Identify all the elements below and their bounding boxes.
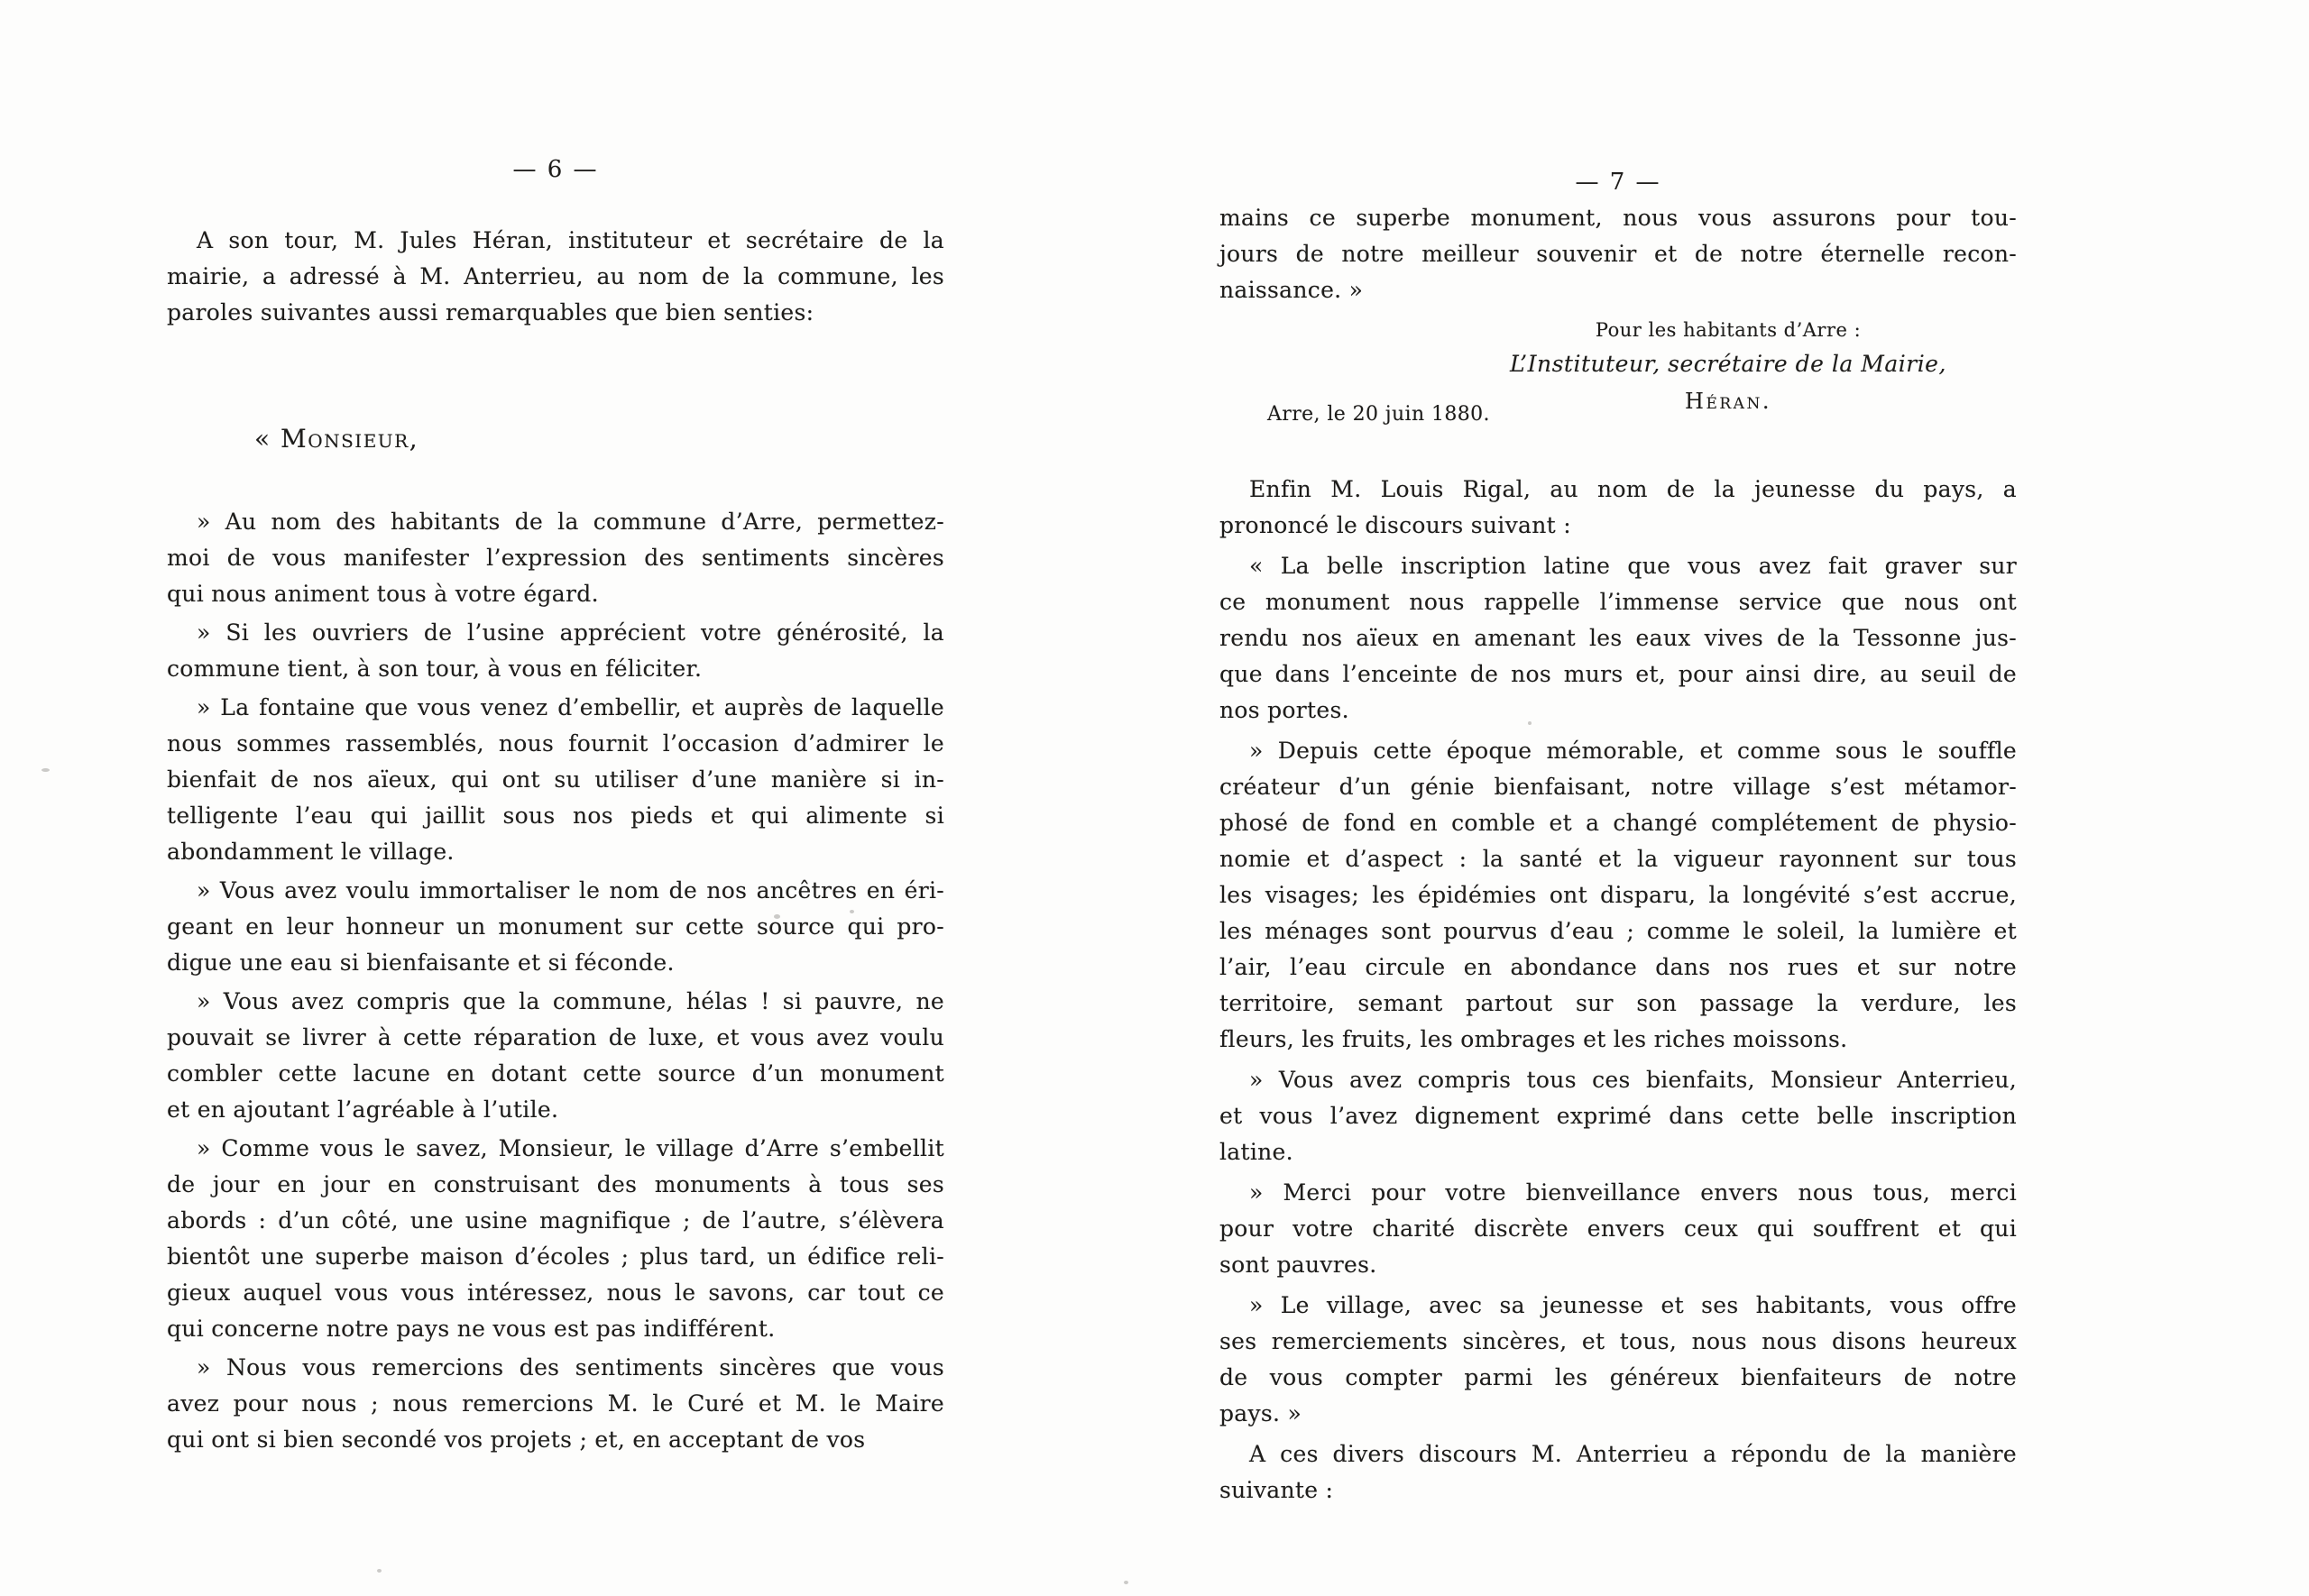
page-number: — 7 —: [1219, 164, 2017, 200]
dateline: Arre, le 20 juin 1880.: [1267, 397, 1490, 433]
scan-speck: [1124, 1581, 1128, 1584]
paragraph: » Vous avez compris que la commune, héla…: [167, 984, 944, 1128]
scan-speck: [377, 1569, 382, 1573]
book-spread: — 6 — A son tour, M. Jules Héran, instit…: [0, 0, 2309, 1596]
paragraph: Enfin M. Louis Rigal, au nom de la jeune…: [1219, 472, 2017, 544]
scan-speck: [41, 768, 50, 772]
signature-block: Pour les habitants d’Arre : L’Instituteu…: [1476, 316, 1981, 419]
signature-title: L’Instituteur, secrétaire de la Mairie,: [1476, 345, 1981, 383]
paragraph: » Vous avez voulu immortaliser le nom de…: [167, 873, 944, 981]
paragraph: » Merci pour votre bienveillance envers …: [1219, 1175, 2017, 1283]
paragraph: A son tour, M. Jules Héran, instituteur …: [167, 223, 944, 331]
page-7: — 7 — mains ce superbe monument, nous vo…: [1219, 164, 2017, 1513]
paragraph: » Comme vous le savez, Monsieur, le vill…: [167, 1131, 944, 1347]
paragraph: A ces divers discours M. Anterrieu a rép…: [1219, 1436, 2017, 1509]
scan-speck: [774, 914, 780, 919]
paragraph: » La fontaine que vous venez d’embellir,…: [167, 690, 944, 870]
scan-speck: [850, 910, 854, 913]
signature-attribution: Pour les habitants d’Arre :: [1476, 316, 1981, 345]
paragraph: mains ce superbe monument, nous vous ass…: [1219, 200, 2017, 308]
signature-name: Héran.: [1476, 383, 1981, 419]
paragraph: » Au nom des habitants de la commune d’A…: [167, 504, 944, 612]
scan-speck: [1528, 721, 1532, 725]
page-number: — 6 —: [167, 151, 944, 188]
paragraph: » Depuis cette époque mémorable, et comm…: [1219, 733, 2017, 1058]
page-6: — 6 — A son tour, M. Jules Héran, instit…: [167, 151, 944, 1461]
paragraph: » Nous vous remercions des sentiments si…: [167, 1350, 944, 1458]
paragraph: » Le village, avec sa jeunesse et ses ha…: [1219, 1288, 2017, 1432]
paragraph: » Vous avez compris tous ces bienfaits, …: [1219, 1062, 2017, 1170]
salutation: « Monsieur,: [254, 421, 944, 457]
paragraph: » Si les ouvriers de l’usine apprécient …: [167, 615, 944, 687]
paragraph: « La belle inscription latine que vous a…: [1219, 548, 2017, 729]
